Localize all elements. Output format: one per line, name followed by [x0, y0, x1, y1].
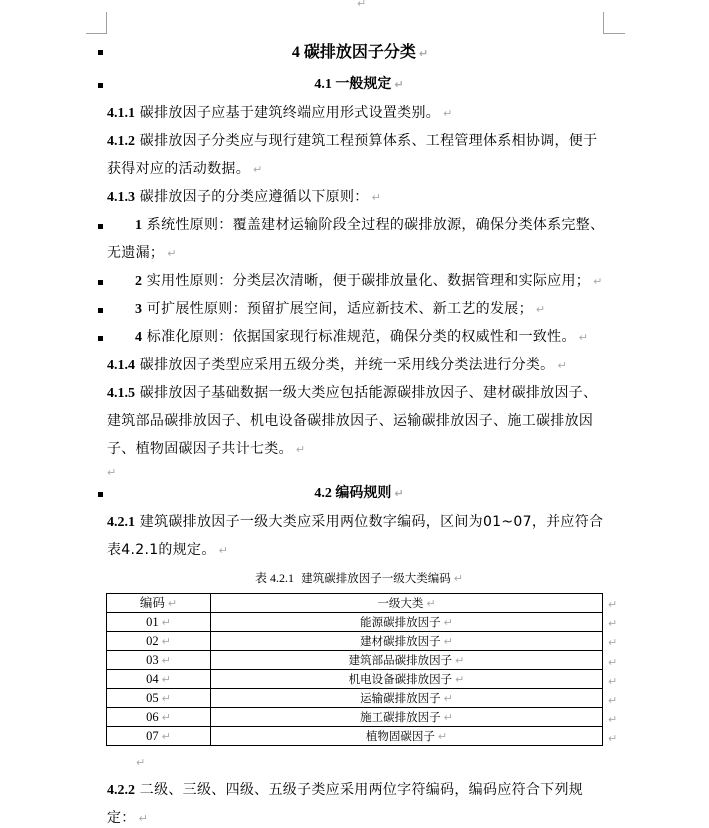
cell-text: 建材碳排放因子	[360, 634, 441, 648]
section-title: 编码规则	[335, 486, 391, 501]
section-heading-4-2[interactable]: 4.2 编码规则↵	[0, 484, 709, 504]
clause-text: 建筑部品碳排放因子、机电设备碳排放因子、运输碳排放因子、施工碳排放因	[107, 413, 593, 429]
paragraph-mark: ↵	[136, 756, 146, 769]
paragraph-mark: ↵	[162, 692, 171, 705]
cell-text: 施工碳排放因子	[360, 710, 441, 724]
table-row: 02↵ 建材碳排放因子↵	[107, 632, 603, 651]
paragraph-mark: ↵	[372, 191, 382, 204]
paragraph-mark: ↵	[168, 597, 177, 610]
clause-text: 子、植物固碳因子共计七类。	[107, 441, 293, 457]
item-number: 2	[135, 274, 142, 289]
row-end-mark: ↵	[608, 694, 617, 707]
empty-paragraph[interactable]: ↵	[104, 462, 604, 483]
table-row: 07↵ 植物固碳因子↵	[107, 727, 603, 746]
paragraph-mark: ↵	[443, 107, 453, 120]
empty-paragraph[interactable]: ↵	[133, 752, 633, 773]
paragraph-mark: ↵	[167, 247, 177, 260]
paragraph-mark: ↵	[162, 730, 171, 743]
principle-item-3[interactable]: 3 可扩展性原则：预留扩展空间，适应新技术、新工艺的发展；↵	[135, 299, 635, 320]
clause-text: 表4.2.1的规定。	[107, 542, 216, 558]
paragraph-mark: ↵	[444, 711, 453, 724]
margin-corner-mark-right	[603, 12, 625, 34]
cell-text: 06	[146, 710, 159, 724]
item-text: 标准化原则：依据国家现行标准规范，确保分类的权威性和一致性。	[147, 329, 576, 345]
cell-category[interactable]: 建材碳排放因子↵	[211, 632, 603, 651]
row-end-mark: ↵	[608, 617, 617, 630]
clause-4-1-5-continued[interactable]: 子、植物固碳因子共计七类。↵	[107, 439, 607, 460]
caption-title: 建筑碳排放因子一级大类编码	[301, 571, 451, 585]
cell-text: 02	[146, 634, 159, 648]
clause-4-1-3[interactable]: 4.1.3 碳排放因子的分类应遵循以下原则：↵	[107, 187, 607, 208]
cell-code[interactable]: 01↵	[107, 613, 211, 632]
list-bullet	[98, 336, 103, 341]
paragraph-mark: ↵	[557, 359, 567, 372]
cell-text: 运输碳排放因子	[360, 691, 441, 705]
cell-category[interactable]: 植物固碳因子↵	[211, 727, 603, 746]
paragraph-mark: ↵	[253, 163, 263, 176]
header-paragraph-mark: ↵	[357, 0, 366, 10]
list-bullet	[98, 308, 103, 313]
section-number: 4.1	[314, 77, 332, 92]
paragraph-mark: ↵	[455, 654, 464, 667]
list-bullet	[98, 224, 103, 229]
principle-item-1[interactable]: 1 系统性原则：覆盖建材运输阶段全过程的碳排放源，确保分类体系完整、	[135, 215, 635, 236]
row-end-mark: ↵	[608, 636, 617, 649]
clause-4-2-1-continued[interactable]: 表4.2.1的规定。↵	[107, 540, 607, 561]
cell-category[interactable]: 机电设备碳排放因子↵	[211, 670, 603, 689]
clause-text: 碳排放因子分类应与现行建筑工程预算体系、工程管理体系相协调，便于	[140, 133, 598, 149]
cell-code[interactable]: 06↵	[107, 708, 211, 727]
paragraph-mark: ↵	[219, 544, 229, 557]
item-text: 无遗漏；	[107, 245, 164, 261]
clause-text: 二级、三级、四级、五级子类应采用两位字符编码，编码应符合下列规	[140, 782, 583, 798]
section-title: 一般规定	[335, 77, 391, 92]
paragraph-mark: ↵	[394, 78, 403, 91]
section-number: 4.2	[314, 486, 332, 501]
cell-text: 05	[146, 691, 159, 705]
margin-corner-mark-left	[86, 12, 107, 34]
cell-text: 能源碳排放因子	[360, 615, 441, 629]
clause-text: 碳排放因子基础数据一级大类应包括能源碳排放因子、建材碳排放因子、	[140, 385, 598, 401]
header-text: 编码	[140, 596, 165, 610]
chapter-title: 碳排放因子分类	[304, 44, 416, 61]
paragraph-mark: ↵	[162, 673, 171, 686]
clause-4-1-2[interactable]: 4.1.2 碳排放因子分类应与现行建筑工程预算体系、工程管理体系相协调，便于	[107, 131, 607, 152]
clause-text: 建筑碳排放因子一级大类应采用两位数字编码，区间为01~07，并应符合	[140, 514, 604, 530]
row-end-mark: ↵	[608, 713, 617, 726]
cell-code[interactable]: 02↵	[107, 632, 211, 651]
clause-number: 4.2.2	[107, 783, 135, 798]
list-bullet	[98, 280, 103, 285]
paragraph-mark: ↵	[454, 572, 463, 585]
clause-text: 碳排放因子类型应采用五级分类，并统一采用线分类法进行分类。	[140, 357, 555, 373]
table-row: 05↵ 运输碳排放因子↵	[107, 689, 603, 708]
clause-4-1-1[interactable]: 4.1.1 碳排放因子应基于建筑终端应用形式设置类别。↵	[107, 103, 607, 124]
table-caption: 表 4.2.1 建筑碳排放因子一级大类编码↵	[0, 570, 709, 587]
cell-code[interactable]: 05↵	[107, 689, 211, 708]
cell-text: 03	[146, 653, 159, 667]
table-row: 06↵ 施工碳排放因子↵	[107, 708, 603, 727]
paragraph-mark: ↵	[139, 812, 149, 825]
paragraph-mark: ↵	[162, 711, 171, 724]
paragraph-mark: ↵	[394, 487, 403, 500]
cell-text: 07	[146, 729, 159, 743]
paragraph-mark: ↵	[438, 730, 447, 743]
cell-text: 01	[146, 615, 159, 629]
paragraph-mark: ↵	[162, 654, 171, 667]
clause-4-1-5-continued[interactable]: 建筑部品碳排放因子、机电设备碳排放因子、运输碳排放因子、施工碳排放因	[107, 411, 607, 431]
clause-4-2-2-continued[interactable]: 定：↵	[107, 808, 607, 828]
cell-text: 04	[146, 672, 159, 686]
clause-4-1-5[interactable]: 4.1.5 碳排放因子基础数据一级大类应包括能源碳排放因子、建材碳排放因子、	[107, 383, 607, 404]
clause-number: 4.1.3	[107, 190, 135, 205]
principle-item-1-continued[interactable]: 无遗漏；↵	[107, 243, 607, 264]
paragraph-mark: ↵	[162, 616, 171, 629]
table-row-end-marks: ↵ ↵ ↵ ↵ ↵ ↵ ↵ ↵	[605, 593, 617, 747]
header-text: 一级大类	[377, 596, 423, 610]
clause-text: 定：	[107, 810, 136, 826]
cell-category[interactable]: 施工碳排放因子↵	[211, 708, 603, 727]
paragraph-mark: ↵	[107, 466, 117, 479]
cell-code[interactable]: 03↵	[107, 651, 211, 670]
paragraph-mark: ↵	[444, 692, 453, 705]
category-code-table: 编码↵ 一级大类↵ 01↵ 能源碳排放因子↵ 02↵ 建材碳排放因子↵ 03↵ …	[106, 593, 603, 746]
cell-category[interactable]: 能源碳排放因子↵	[211, 613, 603, 632]
item-text: 系统性原则：覆盖建材运输阶段全过程的碳排放源，确保分类体系完整、	[147, 217, 605, 233]
item-number: 3	[135, 302, 142, 317]
table-row: 01↵ 能源碳排放因子↵	[107, 613, 603, 632]
header-cell-category[interactable]: 一级大类↵	[211, 594, 603, 613]
clause-4-1-4[interactable]: 4.1.4 碳排放因子类型应采用五级分类，并统一采用线分类法进行分类。↵	[107, 355, 607, 376]
table-header-row: 编码↵ 一级大类↵	[107, 594, 603, 613]
cell-category[interactable]: 建筑部品碳排放因子↵	[211, 651, 603, 670]
cell-code[interactable]: 04↵	[107, 670, 211, 689]
chapter-number: 4	[292, 44, 300, 61]
clause-number: 4.1.5	[107, 386, 135, 401]
clause-number: 4.1.2	[107, 134, 135, 149]
item-number: 4	[135, 330, 142, 345]
cell-text: 植物固碳因子	[366, 729, 435, 743]
clause-text: 碳排放因子应基于建筑终端应用形式设置类别。	[140, 105, 440, 121]
clause-4-2-2[interactable]: 4.2.2 二级、三级、四级、五级子类应采用两位字符编码，编码应符合下列规	[107, 780, 607, 801]
clause-text: 获得对应的活动数据。	[107, 161, 250, 177]
paragraph-mark: ↵	[419, 47, 428, 60]
caption-number: 表 4.2.1	[255, 571, 294, 585]
clause-text: 碳排放因子的分类应遵循以下原则：	[140, 189, 369, 205]
paragraph-mark: ↵	[455, 673, 464, 686]
cell-text: 建筑部品碳排放因子	[349, 653, 453, 667]
paragraph-mark: ↵	[296, 443, 306, 456]
header-cell-code[interactable]: 编码↵	[107, 594, 211, 613]
row-end-mark: ↵	[608, 732, 617, 745]
table-row: 03↵ 建筑部品碳排放因子↵	[107, 651, 603, 670]
paragraph-mark: ↵	[579, 331, 589, 344]
row-end-mark: ↵	[608, 675, 617, 688]
cell-category[interactable]: 运输碳排放因子↵	[211, 689, 603, 708]
paragraph-mark: ↵	[444, 635, 453, 648]
item-text: 实用性原则：分类层次清晰，便于碳排放量化、数据管理和实际应用；	[147, 273, 590, 289]
clause-number: 4.2.1	[107, 515, 135, 530]
paragraph-mark: ↵	[536, 303, 546, 316]
clause-number: 4.1.1	[107, 106, 135, 121]
paragraph-mark: ↵	[593, 275, 603, 288]
cell-code[interactable]: 07↵	[107, 727, 211, 746]
paragraph-mark: ↵	[444, 616, 453, 629]
table-row: 04↵ 机电设备碳排放因子↵	[107, 670, 603, 689]
row-end-mark: ↵	[608, 656, 617, 669]
section-heading-4-1[interactable]: 4.1 一般规定↵	[0, 75, 709, 95]
principle-item-4[interactable]: 4 标准化原则：依据国家现行标准规范，确保分类的权威性和一致性。↵	[135, 327, 635, 348]
row-end-mark: ↵	[608, 598, 617, 611]
clause-4-2-1[interactable]: 4.2.1 建筑碳排放因子一级大类应采用两位数字编码，区间为01~07，并应符合	[107, 512, 607, 533]
paragraph-mark: ↵	[426, 597, 435, 610]
cell-text: 机电设备碳排放因子	[349, 672, 453, 686]
document-page: ↵ 4 碳排放因子分类↵ 4.1 一般规定↵ 4.1.1 碳排放因子应基于建筑终…	[0, 0, 709, 828]
item-text: 可扩展性原则：预留扩展空间，适应新技术、新工艺的发展；	[147, 301, 533, 317]
clause-number: 4.1.4	[107, 358, 135, 373]
principle-item-2[interactable]: 2 实用性原则：分类层次清晰，便于碳排放量化、数据管理和实际应用；↵	[135, 271, 635, 292]
item-number: 1	[135, 218, 142, 233]
chapter-heading[interactable]: 4 碳排放因子分类↵	[0, 42, 709, 65]
clause-4-1-2-continued[interactable]: 获得对应的活动数据。↵	[107, 159, 607, 180]
paragraph-mark: ↵	[162, 635, 171, 648]
